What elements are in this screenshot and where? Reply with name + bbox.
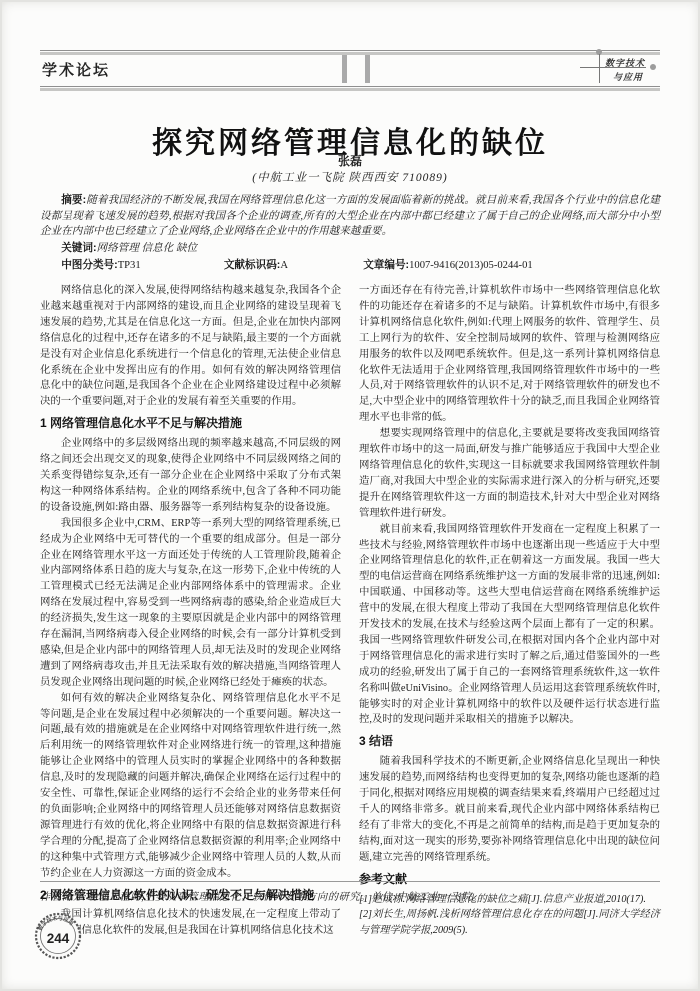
keywords-row: 关键词:网络管理 信息化 缺位 bbox=[40, 241, 660, 257]
doc-code-label: 文献标识码: bbox=[224, 259, 281, 271]
paragraph: 网络信息化的深入发展,使得网络结构越来越复杂,我国各个企业越来越重视对于内部网络… bbox=[40, 283, 341, 410]
abstract-text: 随着我国经济的不断发展,我国在网络管理信息化这一方面的发展面临着新的挑战。就目前… bbox=[40, 195, 660, 237]
clc-label: 中图分类号: bbox=[61, 259, 118, 271]
author-bio: 作者简介:助理工程师,主要从事管理信息化、软件开发等方向的研究。单位:中航工业一… bbox=[40, 888, 660, 903]
left-column: 网络信息化的深入发展,使得网络结构越来越复杂,我国各个企业越来越重视对于内部网络… bbox=[40, 283, 341, 939]
doc-code-value: A bbox=[280, 260, 288, 271]
article-id-value: 1007-9416(2013)05-0244-01 bbox=[409, 260, 533, 271]
article-meta: 摘要:随着我国经济的不断发展,我国在网络管理信息化这一方面的发展面临着新的挑战。… bbox=[40, 193, 660, 274]
footer-rule bbox=[40, 881, 660, 882]
section-label: 学术论坛 bbox=[42, 59, 110, 80]
paragraph: 我国很多企业中,CRM、ERP等一系列大型的网络管理系统,已经成为企业网络中无可… bbox=[40, 516, 341, 691]
article-affiliation: (中航工业一飞院 陕西西安 710089) bbox=[40, 169, 660, 185]
logo-vertical-line bbox=[599, 54, 600, 83]
doc-code-segment: 文献标识码:A bbox=[203, 258, 288, 274]
stamp-graphic: 数字技术与应用 244 bbox=[32, 910, 84, 962]
journal-page: { "header": { "section_label": "学术论坛", "… bbox=[0, 0, 700, 991]
paragraph: 企业网络中的多层级网络出现的频率越来越高,不同层级的网络之间还会出现交叉的现象,… bbox=[40, 436, 341, 516]
clc-segment: 中图分类号:TP31 bbox=[40, 258, 141, 274]
section-heading-1: 1 网络管理信息化水平不足与解决措施 bbox=[40, 416, 341, 432]
article-body: 网络信息化的深入发展,使得网络结构越来越复杂,我国各个企业越来越重视对于内部网络… bbox=[40, 283, 660, 939]
section-heading-3: 3 结语 bbox=[359, 734, 660, 750]
paragraph: 如何有效的解决企业网络复杂化、网络管理信息化水平不足等问题,是企业在发展过程中必… bbox=[40, 691, 341, 882]
page-number-stamp: 数字技术与应用 244 bbox=[32, 910, 84, 962]
references-heading: 参考文献 bbox=[359, 872, 660, 888]
article-id-label: 文章编号: bbox=[363, 259, 409, 271]
classification-row: 中图分类号:TP31 文献标识码:A 文章编号:1007-9416(2013)0… bbox=[40, 258, 660, 274]
abstract-label: 摘要: bbox=[61, 194, 86, 206]
header-divider-bars bbox=[342, 55, 370, 83]
keywords-label: 关键词: bbox=[61, 242, 96, 254]
header-bottom-rule bbox=[40, 86, 660, 91]
logo-dot-icon bbox=[650, 64, 656, 70]
paragraph: 我国计算机网络信息化技术的快速发展,在一定程度上带动了网络管理信息化软件的发展,… bbox=[40, 907, 341, 939]
paragraph: 想要实现网络管理中的信息化,主要就是要将改变我国网络管理软件市场中的这一局面,研… bbox=[359, 426, 660, 521]
clc-value: TP31 bbox=[118, 260, 141, 271]
paragraph-continuation: 一方面还存在有待完善,计算机软件市场中一些网络管理信息化软件的功能还存在着诸多的… bbox=[359, 283, 660, 426]
page-header: 学术论坛 数字技术 与应用 bbox=[40, 50, 660, 90]
journal-name-line1: 数字技术 bbox=[605, 56, 645, 69]
paragraph: 就目前来看,我国网络管理软件开发商在一定程度上积累了一些技术与经验,网络管理软件… bbox=[359, 522, 660, 729]
page-number: 244 bbox=[47, 931, 70, 946]
right-column: 一方面还存在有待完善,计算机软件市场中一些网络管理信息化软件的功能还存在着诸多的… bbox=[359, 283, 660, 939]
paragraph: 随着我国科学技术的不断更新,企业网络信息化呈现出一种快速发展的趋势,而网络结构也… bbox=[359, 754, 660, 865]
article-author: 张磊 bbox=[40, 152, 660, 169]
journal-logo: 数字技术 与应用 bbox=[580, 51, 660, 85]
keywords-text: 网络管理 信息化 缺位 bbox=[97, 243, 198, 254]
article-id-segment: 文章编号:1007-9416(2013)05-0244-01 bbox=[342, 258, 533, 274]
reference-item: [2]刘长生,周扬帆.浅析网络管理信息化存在的问题[J].同济大学经济与管理学院… bbox=[359, 907, 660, 939]
abstract: 摘要:随着我国经济的不断发展,我国在网络管理信息化这一方面的发展面临着新的挑战。… bbox=[40, 193, 660, 240]
journal-name-line2: 与应用 bbox=[613, 70, 643, 83]
